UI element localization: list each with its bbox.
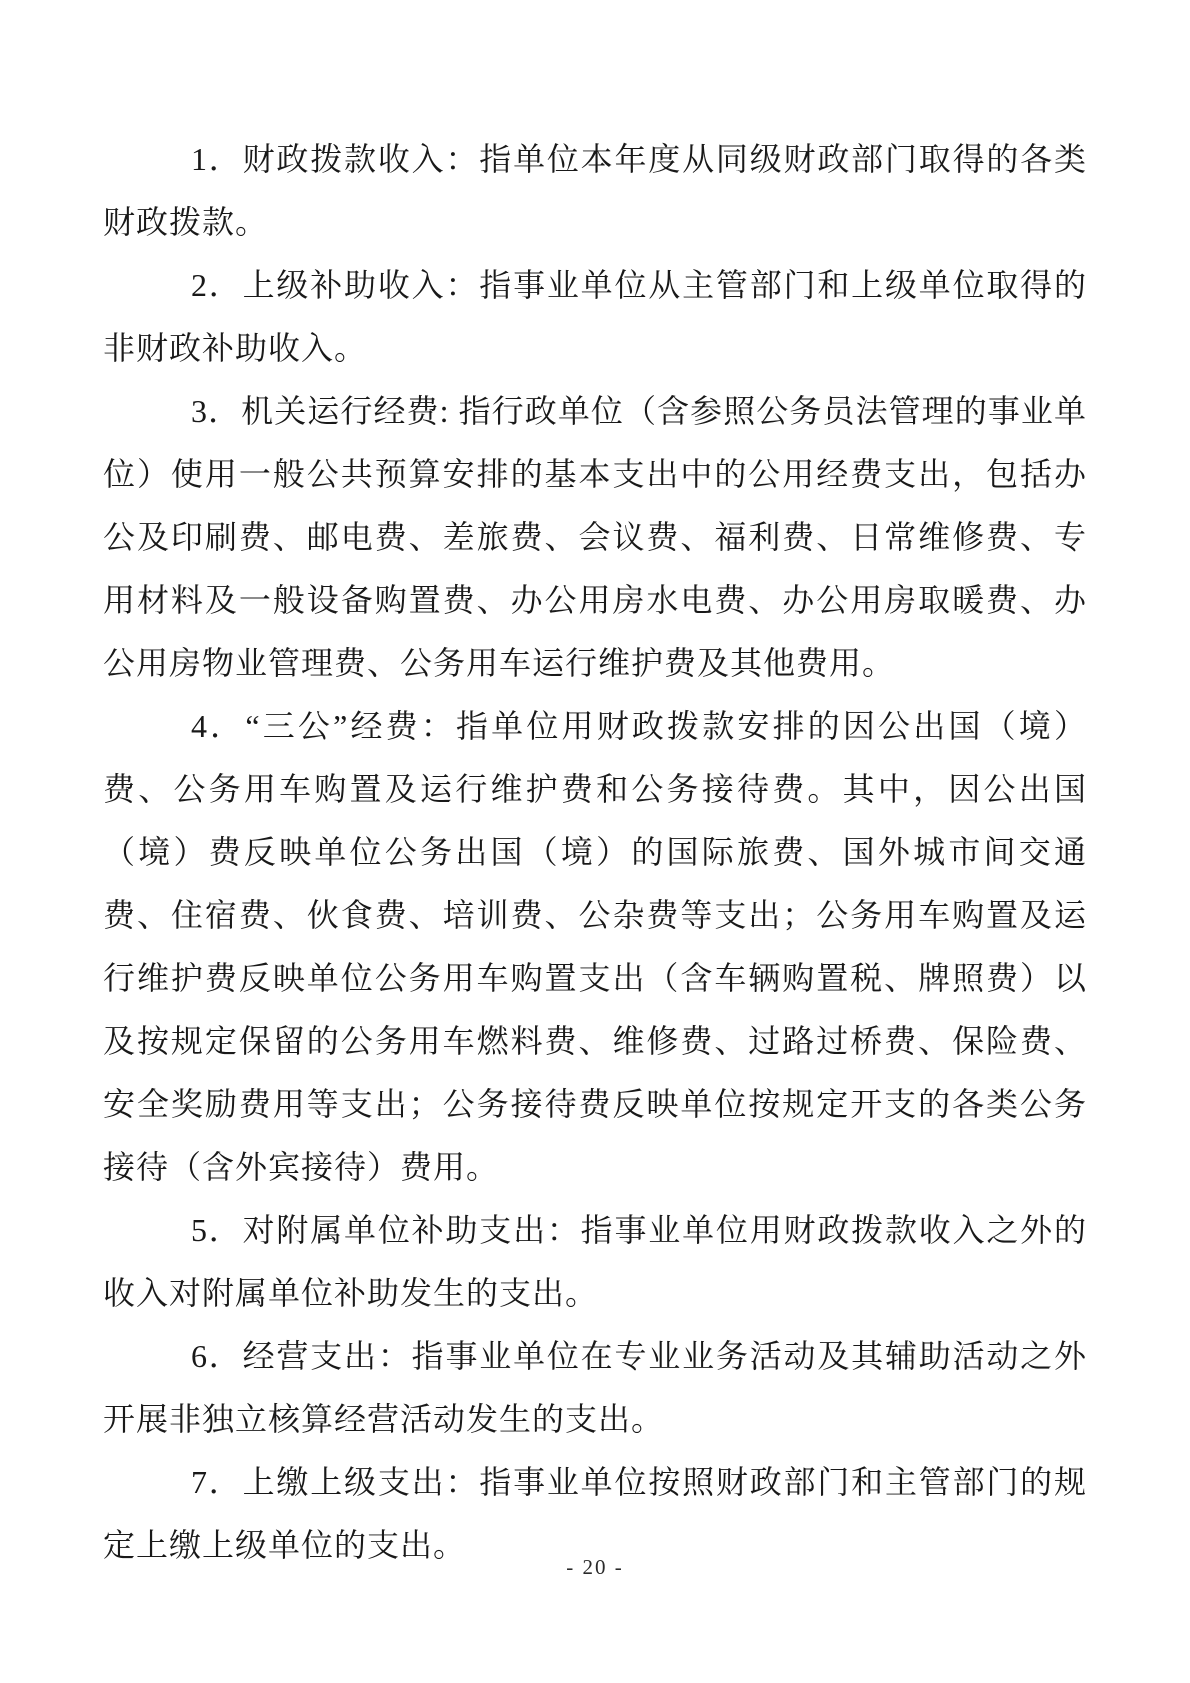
document-body: 1．财政拨款收入：指单位本年度从同级财政部门取得的各类财政拨款。 2．上级补助收… xyxy=(103,128,1087,1577)
document-page: 1．财政拨款收入：指单位本年度从同级财政部门取得的各类财政拨款。 2．上级补助收… xyxy=(0,0,1190,1683)
definition-paragraph-2: 2．上级补助收入：指事业单位从主管部门和上级单位取得的非财政补助收入。 xyxy=(103,254,1087,380)
definition-paragraph-1: 1．财政拨款收入：指单位本年度从同级财政部门取得的各类财政拨款。 xyxy=(103,128,1087,254)
definition-paragraph-5: 5．对附属单位补助支出：指事业单位用财政拨款收入之外的收入对附属单位补助发生的支… xyxy=(103,1199,1087,1325)
definition-paragraph-4: 4．“三公”经费：指单位用财政拨款安排的因公出国（境）费、公务用车购置及运行维护… xyxy=(103,695,1087,1199)
page-number: - 20 - xyxy=(0,1552,1190,1582)
definition-paragraph-3: 3．机关运行经费: 指行政单位（含参照公务员法管理的事业单位）使用一般公共预算安… xyxy=(103,380,1087,695)
definition-paragraph-6: 6．经营支出：指事业单位在专业业务活动及其辅助活动之外开展非独立核算经营活动发生… xyxy=(103,1325,1087,1451)
